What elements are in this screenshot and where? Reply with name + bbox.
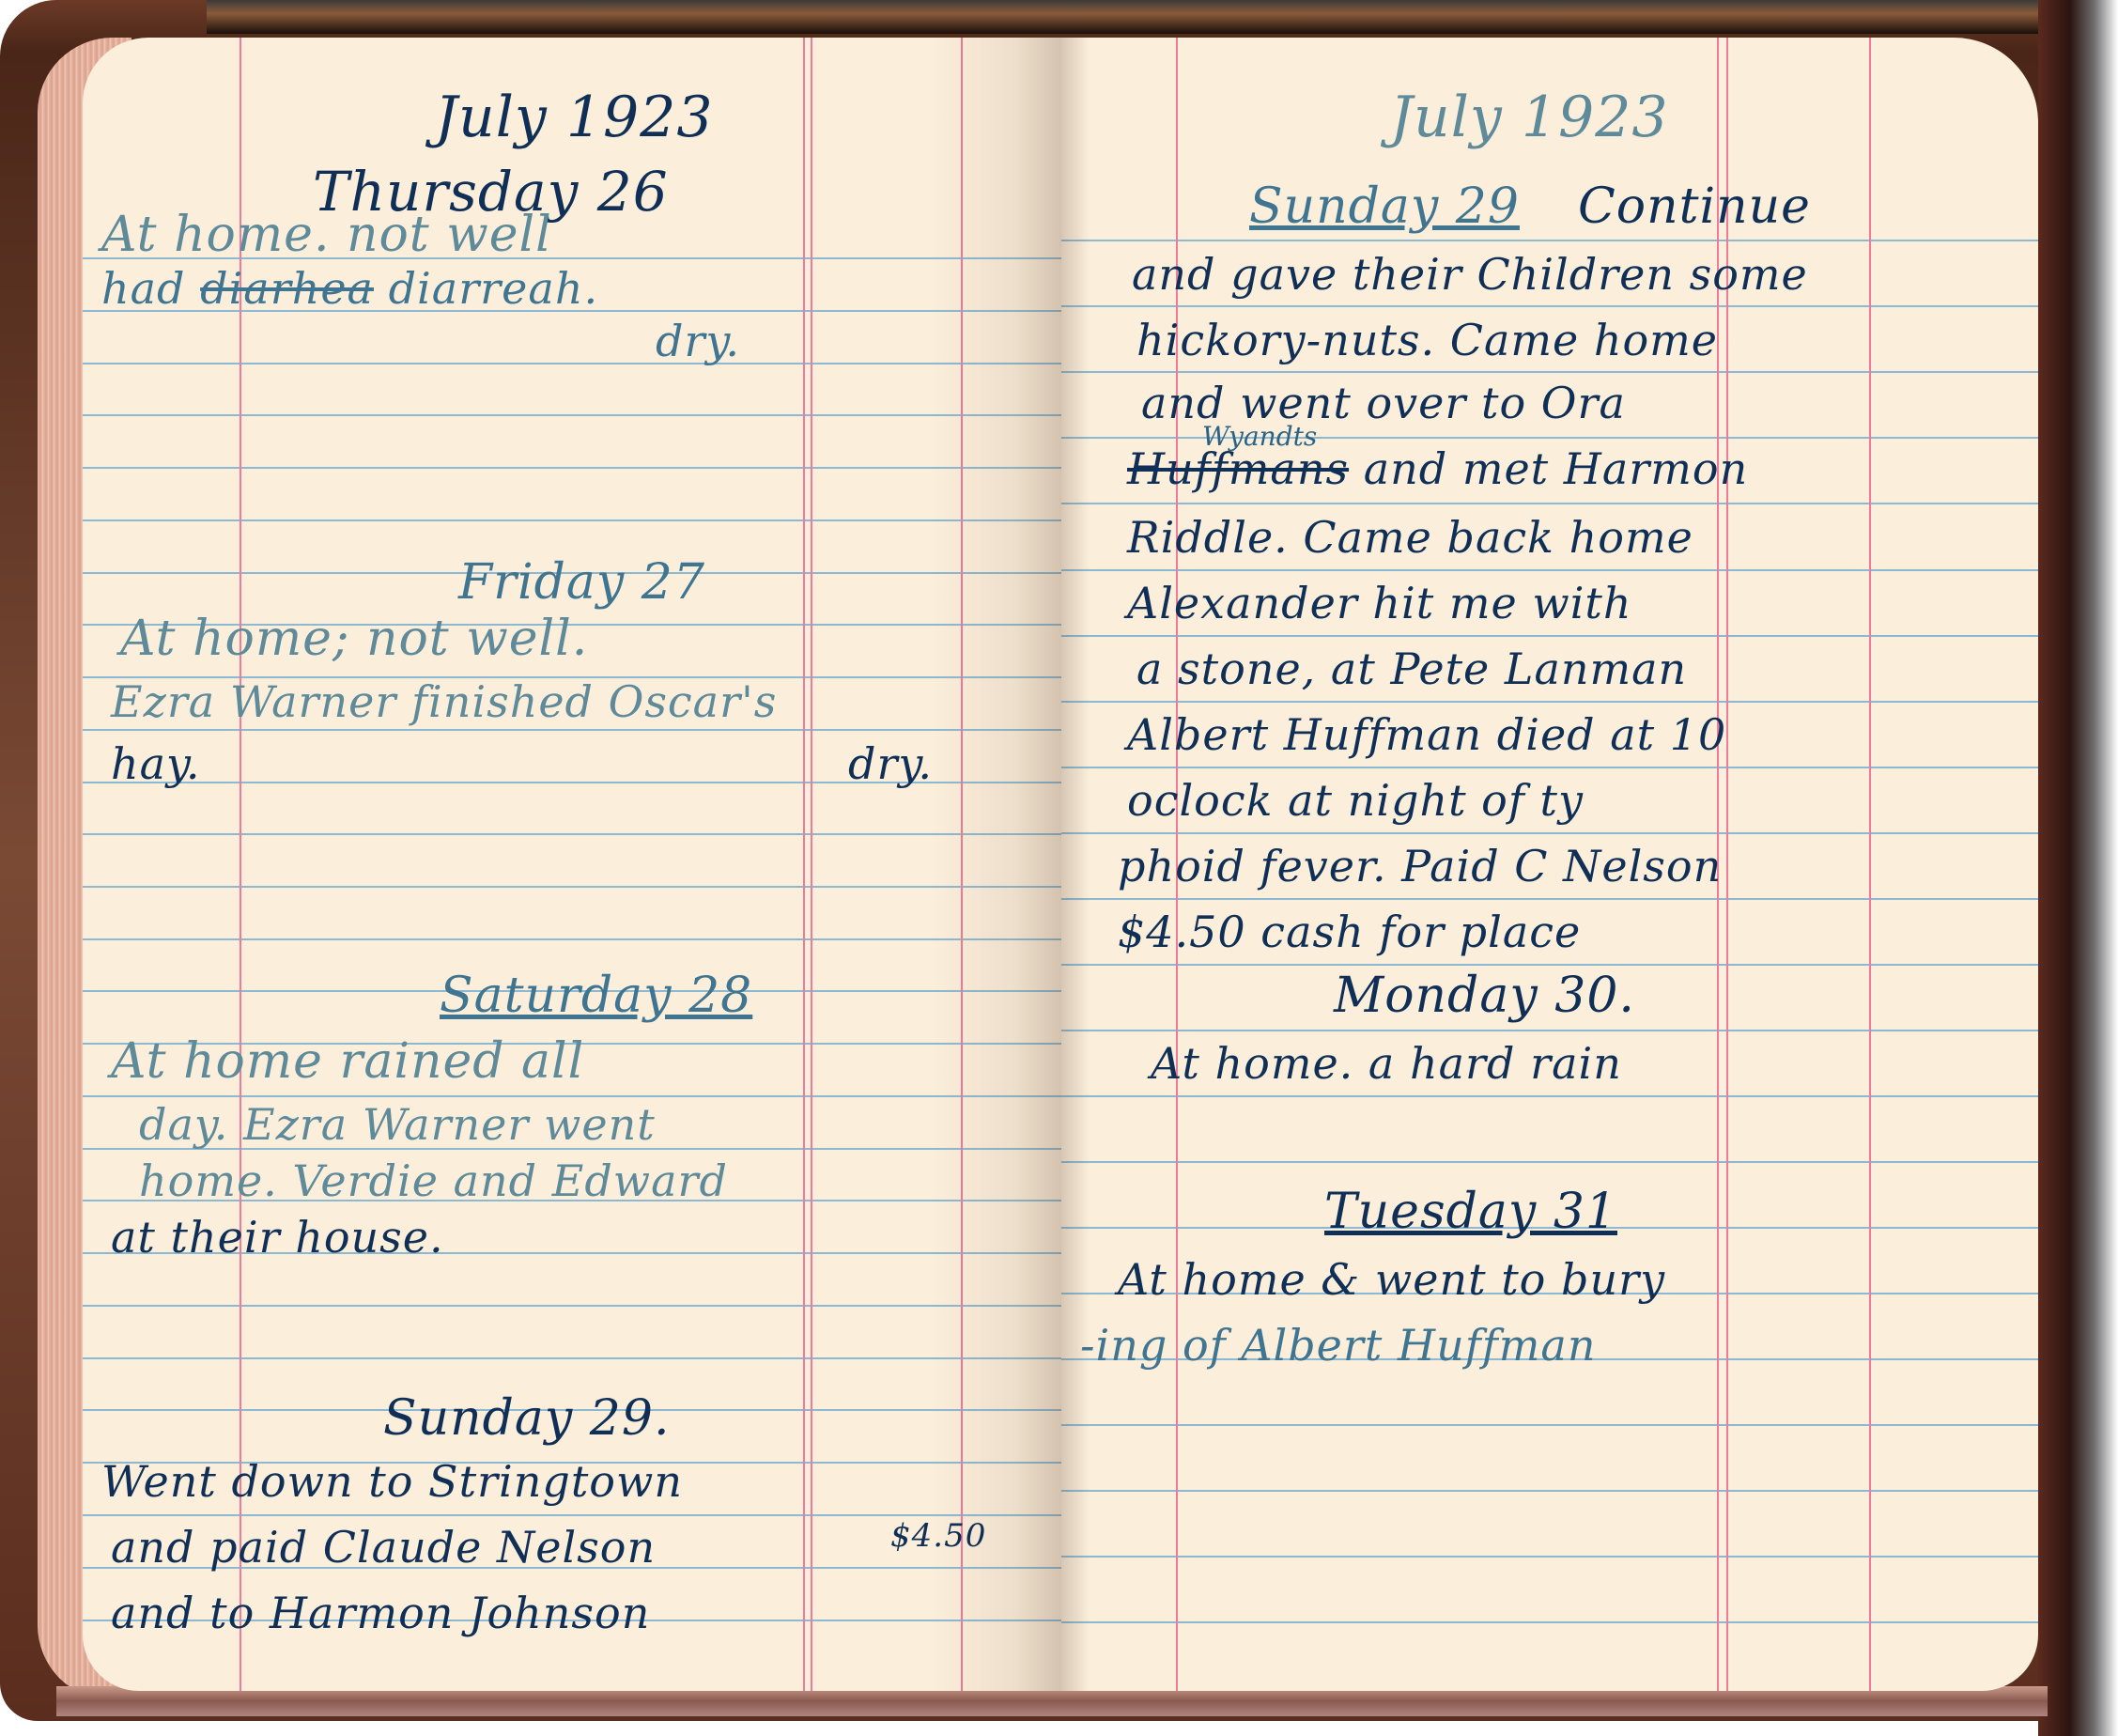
entry-line: Albert Huffman died at 10 [1127,709,1726,760]
entry-line: home. Verdie and Edward [139,1155,728,1206]
left-page: July 1923 Thursday 26 At home. not well … [83,38,1071,1691]
ruled-line [1061,1095,2038,1097]
column-line [803,38,805,1691]
cover-top-edge [207,0,2104,34]
ruled-line [1061,1161,2038,1163]
entry-word: and met Harmon [1364,443,1749,494]
column-line [1869,38,1871,1691]
entry-line: and gave their Children some [1132,249,1808,300]
ruled-line [83,1305,1071,1307]
entry-line: At home. not well [101,207,552,263]
entry-line: Went down to Stringtown [101,1456,683,1507]
ruled-line [83,1514,1071,1516]
ruled-line [83,833,1071,835]
ruled-line [1061,1030,2038,1031]
ruled-line [1061,1490,2038,1492]
ruled-line [1061,767,2038,768]
entry-line: and to Harmon Johnson [111,1588,650,1638]
spine-shadow [1061,38,1090,1691]
entry-line: At home & went to bury [1118,1254,1665,1305]
ruled-line [1061,240,2038,241]
struck-word: Huffmans [1127,443,1349,494]
ruled-line [1061,832,2038,834]
ruled-line [1061,1621,2038,1623]
ruled-line [1061,569,2038,571]
ruled-line [83,414,1071,416]
entry-heading: Sunday 29 [1249,178,1520,235]
ruled-line [1061,701,2038,703]
month-header: July 1923 [1390,85,1669,150]
month-header: July 1923 [435,85,714,150]
ruled-line [1061,305,2038,307]
entry-line: Riddle. Came back home [1127,512,1693,563]
entry-heading: Friday 27 [458,554,705,611]
ruled-line [1061,503,2038,504]
ruled-line [83,886,1071,888]
ruled-line [1061,1424,2038,1426]
cover-right-edge [2038,0,2118,1736]
entry-heading: Monday 30. [1334,968,1635,1024]
entry-line: Ezra Warner finished Oscar's [111,676,777,727]
ruled-line [83,363,1071,364]
entry-line: At home. a hard rain [1151,1038,1622,1089]
entry-line: day. Ezra Warner went [139,1099,656,1150]
entry-word: had [101,263,186,314]
right-page: July 1923 Sunday 29 Continue and gave th… [1061,38,2038,1691]
entry-line: hickory-nuts. Came home [1136,315,1718,365]
entry-line: a stone, at Pete Lanman [1136,643,1687,694]
entry-line: had diarhea diarreah. [101,263,598,314]
entry-heading: Saturday 28 [440,968,752,1024]
entry-heading-suffix: Continue [1578,178,1811,235]
entry-heading: Sunday 29. [383,1390,671,1447]
entry-line: and paid Claude Nelson [111,1522,656,1573]
entry-line: $4.50 cash for place [1118,907,1581,957]
entry-line: Alexander hit me with [1127,578,1632,628]
ruled-line [1061,1556,2038,1558]
entry-line-right: dry. [848,738,933,789]
ruled-line [83,729,1071,731]
entry-line: At home; not well. [120,611,588,667]
ruled-line [1061,964,2038,966]
entry-line: Huffmans and met Harmon [1127,443,1748,494]
entry-line: dry. [656,316,740,366]
entry-line: phoid fever. Paid C Nelson [1118,841,1722,891]
ruled-line [1061,371,2038,373]
ruled-line [83,519,1071,521]
ruled-line [1061,898,2038,900]
ruled-line [83,467,1071,469]
ruled-line [83,1357,1071,1359]
ruled-line [83,1095,1071,1097]
column-line [811,38,812,1691]
ruled-line [1061,635,2038,637]
entry-line: at their house. [111,1212,444,1263]
entry-word: diarreah. [389,263,598,314]
entry-heading: Tuesday 31 [1324,1184,1617,1240]
entry-line: At home rained all [111,1033,584,1090]
spine-shadow [930,38,1071,1691]
entry-line: oclock at night of ty [1127,775,1584,826]
entry-line: hay. [111,738,201,789]
entry-line: -ing of Albert Huffman [1080,1320,1596,1371]
struck-word: diarhea [200,263,374,314]
ruled-line [83,938,1071,940]
amount: $4.50 [890,1517,986,1555]
